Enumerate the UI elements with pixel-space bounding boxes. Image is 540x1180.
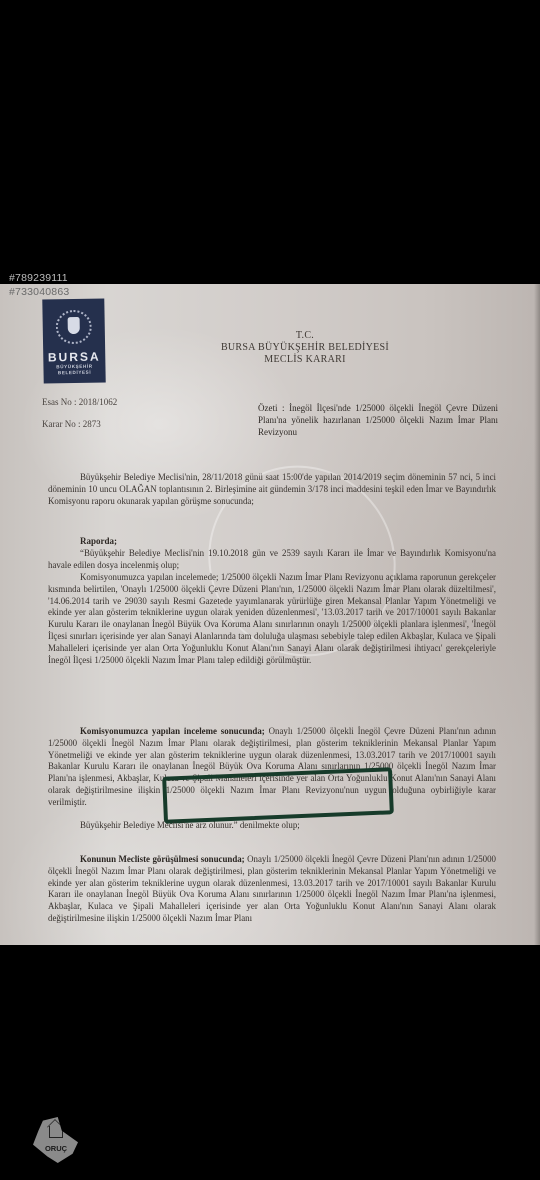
esas-number: Esas No : 2018/1062 xyxy=(42,397,117,407)
document-photo[interactable]: BURSA BÜYÜKŞEHİR BELEDİYESİ T.C. BURSA B… xyxy=(0,284,540,945)
agency-logo-text: ORUÇ xyxy=(41,1144,71,1153)
header-decision-title: MECLİS KARARI xyxy=(130,354,480,365)
logo-text-bursa: BURSA xyxy=(48,350,101,365)
listing-id-secondary: #733040863 xyxy=(9,286,69,298)
highlight-marker xyxy=(162,767,394,824)
header-tc: T.C. xyxy=(130,330,480,341)
final-lead: Konunun Mecliste görüşülmesi sonucunda; xyxy=(80,854,245,864)
logo-text-line3: BELEDİYESİ xyxy=(58,370,91,377)
crest-icon xyxy=(55,310,92,345)
municipality-logo: BURSA BÜYÜKŞEHİR BELEDİYESİ xyxy=(42,298,105,383)
commission-lead: Komisyonumuzca yapılan inceleme sonucund… xyxy=(80,726,265,736)
agency-logo: ORUÇ xyxy=(33,1117,78,1163)
listing-id-primary: #789239111 xyxy=(9,272,68,284)
header-municipality: BURSA BÜYÜKŞEHİR BELEDİYESİ xyxy=(130,342,480,353)
report-paragraph-1: “Büyükşehir Belediye Meclisi'nin 19.10.2… xyxy=(48,548,496,572)
decision-summary: Özeti : İnegöl İlçesi'nde 1/25000 ölçekl… xyxy=(258,402,498,438)
closing-line: Büyükşehir Belediye Meclisi'ne arz olunu… xyxy=(48,820,496,832)
final-text: Onaylı 1/25000 ölçekli İnegöl Çevre Düze… xyxy=(48,854,496,923)
report-paragraph-2: Komisyonumuzca yapılan incelemede; 1/250… xyxy=(48,572,496,666)
final-paragraph: Konunun Mecliste görüşülmesi sonucunda; … xyxy=(48,854,496,925)
karar-number: Karar No : 2873 xyxy=(42,419,101,429)
house-icon xyxy=(49,1126,63,1138)
report-heading: Raporda; xyxy=(80,536,117,546)
intro-paragraph: Büyükşehir Belediye Meclisi'nin, 28/11/2… xyxy=(48,472,496,507)
